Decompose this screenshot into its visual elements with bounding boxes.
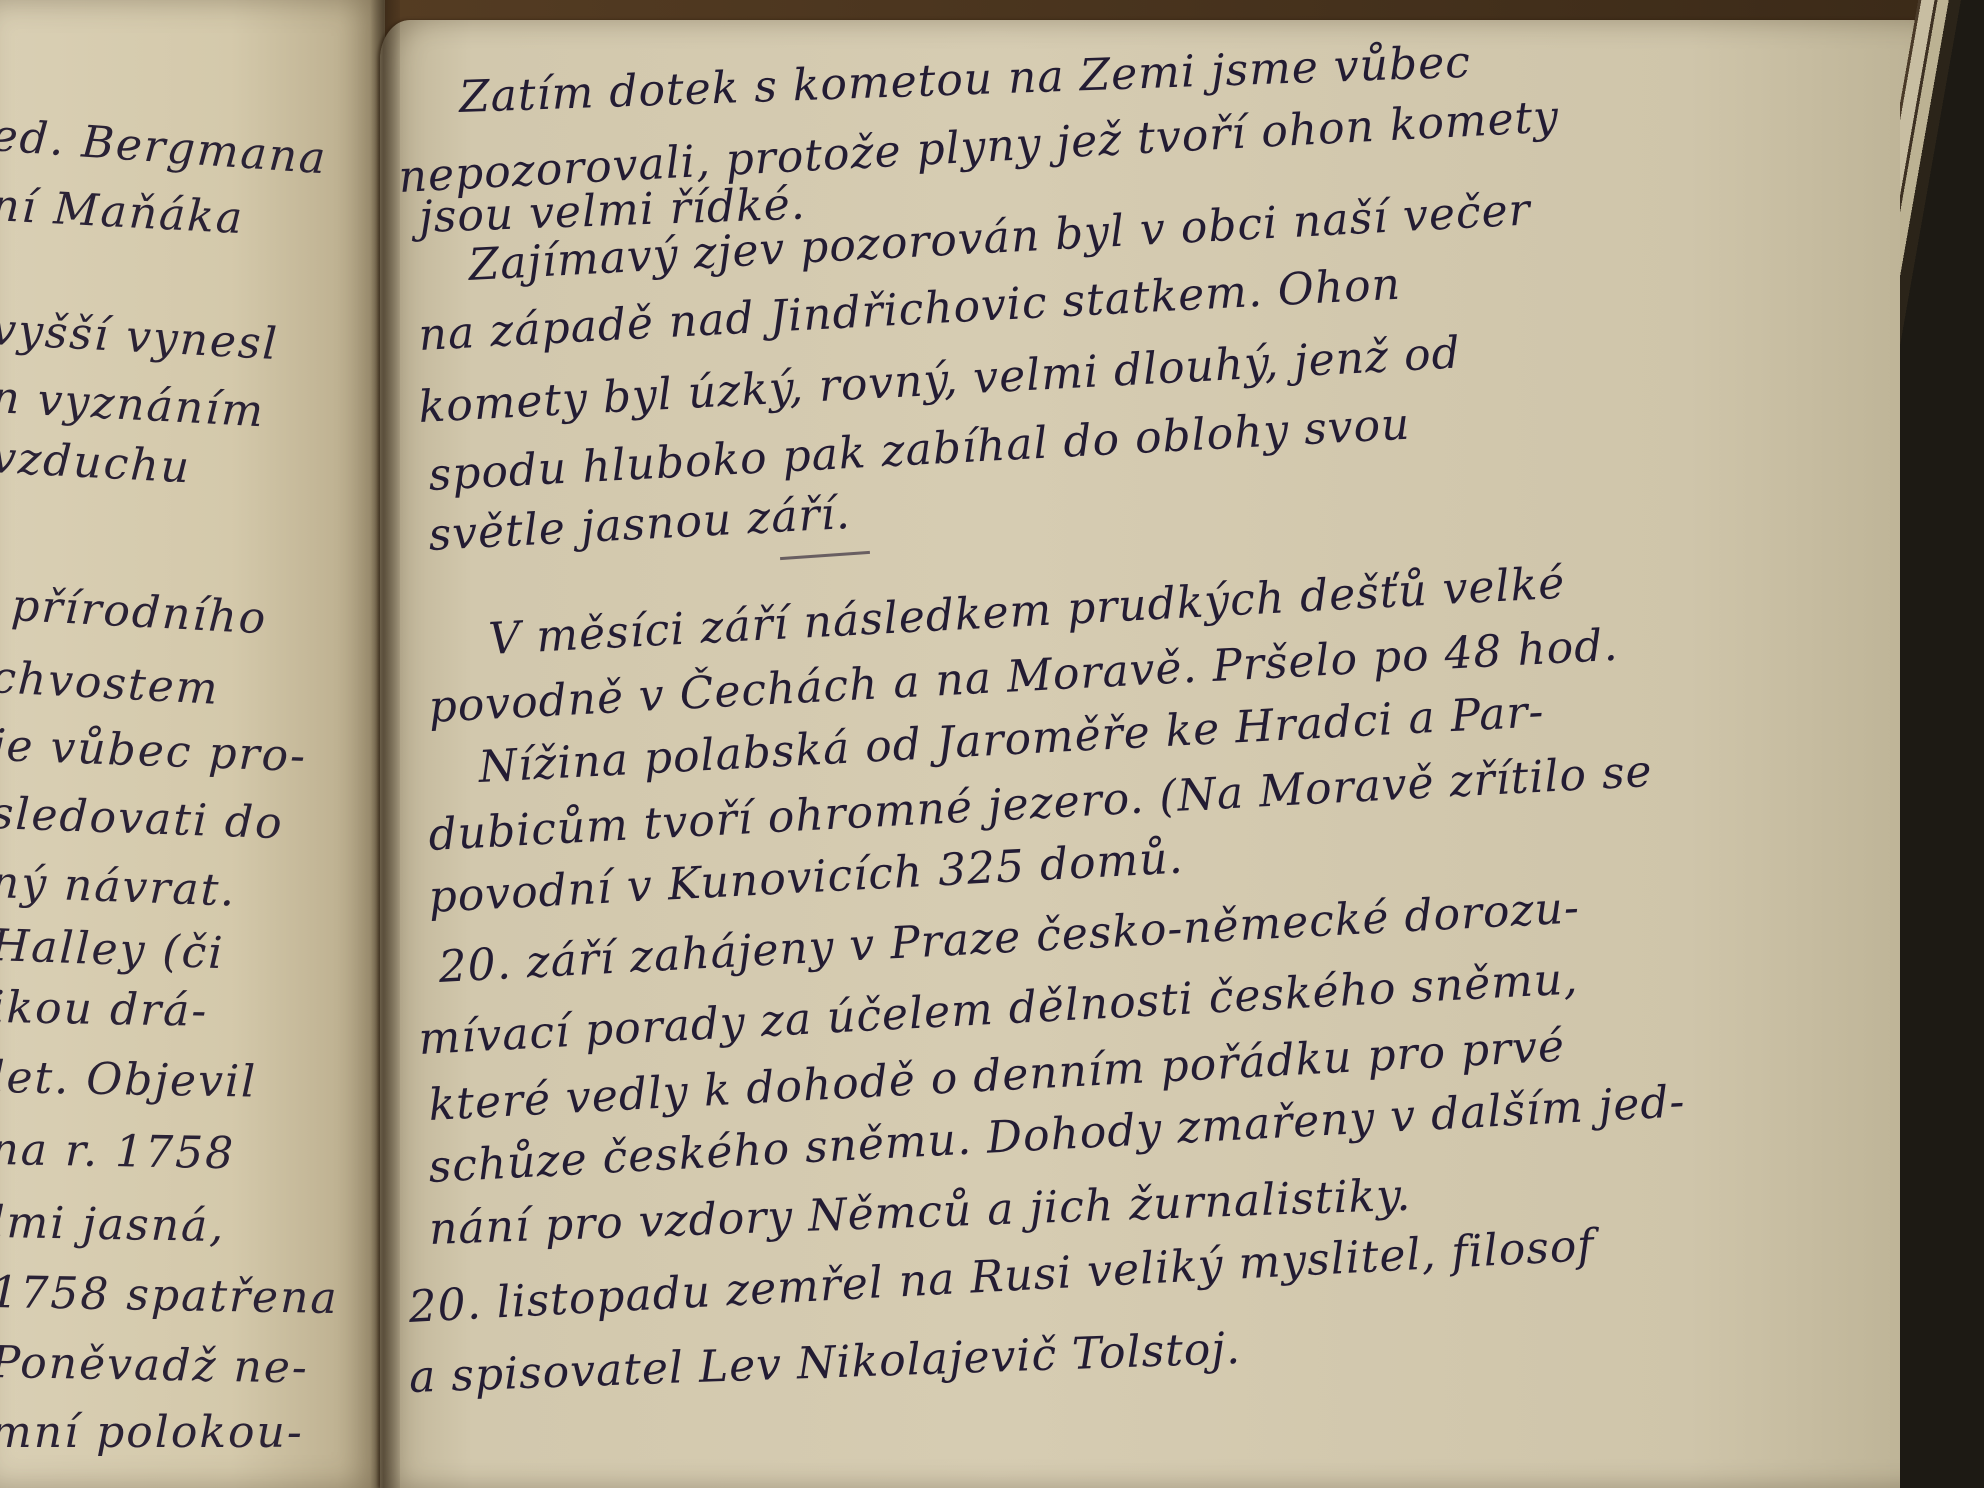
handwritten-line: n vyznáním	[0, 372, 266, 437]
handwritten-line: přírodního	[10, 580, 269, 644]
handwritten-line: ikou drá-	[0, 982, 209, 1037]
handwritten-line: 1758 spatřena	[0, 1267, 339, 1324]
handwritten-line: sledovati do	[0, 788, 284, 849]
handwritten-line: ed. Bergmana	[0, 110, 329, 184]
handwritten-line: mní polokou-	[0, 1407, 304, 1458]
handwritten-line: ní Maňáka	[0, 180, 245, 244]
right-page: 265. Zatím dotek s kometou na Zemi jsme …	[380, 20, 1920, 1488]
handwritten-line: ný návrat.	[0, 857, 237, 917]
handwritten-line: Halley (či	[0, 920, 225, 979]
handwritten-line: let. Objevil	[0, 1052, 258, 1108]
handwritten-line: vzduchu	[0, 432, 192, 493]
handwritten-line: je vůbec pro-	[0, 720, 308, 782]
open-book: ed. Bergmananí Maňákavyšší vynesln vyzná…	[0, 0, 1984, 1488]
handwritten-line: a spisovatel Lev Nikolajevič Tolstoj.	[408, 1323, 1242, 1403]
handwritten-line: chvostem	[0, 652, 221, 715]
handwritten-line: lmi jasná,	[0, 1197, 226, 1252]
left-page: ed. Bergmananí Maňákavyšší vynesln vyzná…	[0, 0, 385, 1488]
handwritten-line: světle jasnou září.	[427, 488, 851, 561]
handwritten-line: na r. 1758	[0, 1124, 236, 1179]
handwritten-line: vyšší vynesl	[0, 304, 280, 370]
page-edges	[1900, 0, 1984, 1488]
book-gutter	[370, 0, 400, 1488]
handwritten-line: Poněvadž ne-	[0, 1337, 309, 1394]
